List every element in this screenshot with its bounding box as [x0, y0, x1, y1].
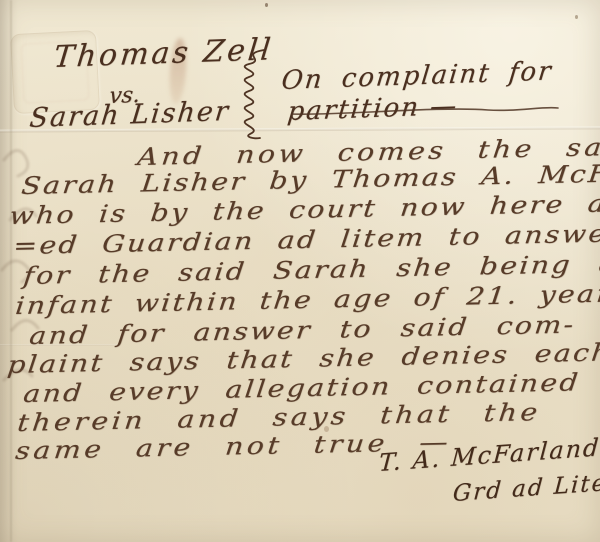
signature-title: Grd ad Litem	[452, 468, 600, 507]
paper-speck	[265, 3, 268, 7]
case-brace	[232, 47, 270, 141]
manuscript-page: Thomas Zell vs. Sarah Lisher On complain…	[0, 0, 600, 542]
pen-flourish	[290, 101, 562, 121]
cause-of-action-line1: On complaint for	[280, 56, 554, 96]
